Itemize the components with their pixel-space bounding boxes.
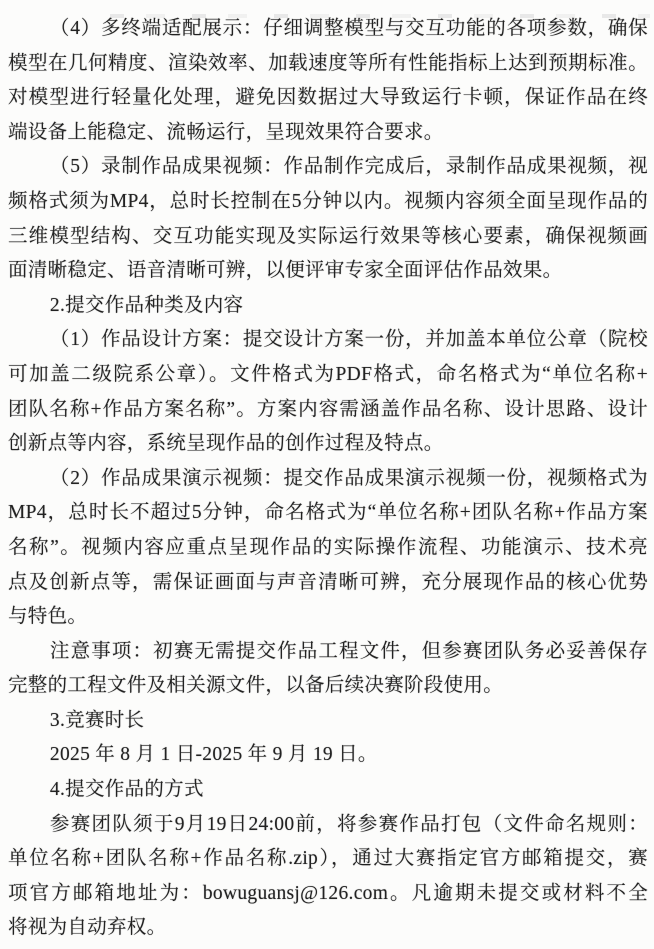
text-line: 模型在几何精度、渲染效率、加载速度等所有性能指标上达到预期标准。 <box>8 47 648 82</box>
para-2-demo-video: （2）作品成果演示视频：提交作品成果演示视频一份，视频格式为MP4，总时长不超过… <box>8 462 648 635</box>
text-line: 面清晰稳定、语音清晰可辨，以便评审专家全面评估作品效果。 <box>8 254 648 289</box>
text-line: 频格式须为MP4，总时长控制在5分钟以内。视频内容须全面呈现作品的 <box>8 185 648 220</box>
text-line: 项官方邮箱地址为：bowuguansj@126.com。凡逾期未提交或材料不全者… <box>8 877 648 912</box>
para-4-multi-terminal-adaptation: （4）多终端适配展示：仔细调整模型与交互功能的各项参数，确保模型在几何精度、渲染… <box>8 12 648 150</box>
text-line: MP4，总时长不超过5分钟，命名格式为“单位名称+团队名称+作品方案 <box>8 496 648 531</box>
text-line: 将视为自动弃权。 <box>8 911 648 946</box>
text-line: 对模型进行轻量化处理，避免因数据过大导致运行卡顿，保证作品在终 <box>8 81 648 116</box>
para-1-design-proposal: （1）作品设计方案：提交设计方案一份，并加盖本单位公章（院校可加盖二级院系公章）… <box>8 323 648 461</box>
text-line: 4.提交作品的方式 <box>8 773 648 808</box>
text-line: 名称”。视频内容应重点呈现作品的实际操作流程、功能演示、技术亮 <box>8 531 648 566</box>
para-5-record-result-video: （5）录制作品成果视频：作品制作完成后，录制作品成果视频，视频格式须为MP4，总… <box>8 150 648 288</box>
para-notes: 注意事项：初赛无需提交作品工程文件，但参赛团队务必妥善保存完整的工程文件及相关源… <box>8 635 648 704</box>
text-line: 2.提交作品种类及内容 <box>8 289 648 324</box>
document-body: （4）多终端适配展示：仔细调整模型与交互功能的各项参数，确保模型在几何精度、渲染… <box>8 12 648 946</box>
heading-2-submission-types: 2.提交作品种类及内容 <box>8 289 648 324</box>
text-line: 3.竞赛时长 <box>8 704 648 739</box>
text-line: 与特色。 <box>8 600 648 635</box>
text-line: 完整的工程文件及相关源文件，以备后续决赛阶段使用。 <box>8 669 648 704</box>
text-line: 单位名称+团队名称+作品名称.zip），通过大赛指定官方邮箱提交，赛 <box>8 842 648 877</box>
text-line: 团队名称+作品方案名称”。方案内容需涵盖作品名称、设计思路、设计 <box>8 393 648 428</box>
text-line: （5）录制作品成果视频：作品制作完成后，录制作品成果视频，视 <box>8 150 648 185</box>
text-line: （4）多终端适配展示：仔细调整模型与交互功能的各项参数，确保 <box>8 12 648 47</box>
date-range: 2025 年 8 月 1 日-2025 年 9 月 19 日。 <box>8 738 648 773</box>
text-line: 参赛团队须于9月19日24:00前，将参赛作品打包（文件命名规则： <box>8 808 648 843</box>
text-line: （1）作品设计方案：提交设计方案一份，并加盖本单位公章（院校 <box>8 323 648 358</box>
text-line: （2）作品成果演示视频：提交作品成果演示视频一份，视频格式为 <box>8 462 648 497</box>
text-line: 端设备上能稳定、流畅运行，呈现效果符合要求。 <box>8 116 648 151</box>
heading-3-competition-duration: 3.竞赛时长 <box>8 704 648 739</box>
text-line: 三维模型结构、交互功能实现及实际运行效果等核心要素，确保视频画 <box>8 220 648 255</box>
heading-4-submission-method: 4.提交作品的方式 <box>8 773 648 808</box>
text-line: 2025 年 8 月 1 日-2025 年 9 月 19 日。 <box>8 738 648 773</box>
text-line: 创新点等内容，系统呈现作品的创作过程及特点。 <box>8 427 648 462</box>
text-line: 注意事项：初赛无需提交作品工程文件，但参赛团队务必妥善保存 <box>8 635 648 670</box>
text-line: 点及创新点等，需保证画面与声音清晰可辨，充分展现作品的核心优势 <box>8 566 648 601</box>
text-line: 可加盖二级院系公章）。文件格式为PDF格式，命名格式为“单位名称+ <box>8 358 648 393</box>
para-submission-method: 参赛团队须于9月19日24:00前，将参赛作品打包（文件命名规则：单位名称+团队… <box>8 808 648 946</box>
document-page: （4）多终端适配展示：仔细调整模型与交互功能的各项参数，确保模型在几何精度、渲染… <box>0 0 654 949</box>
